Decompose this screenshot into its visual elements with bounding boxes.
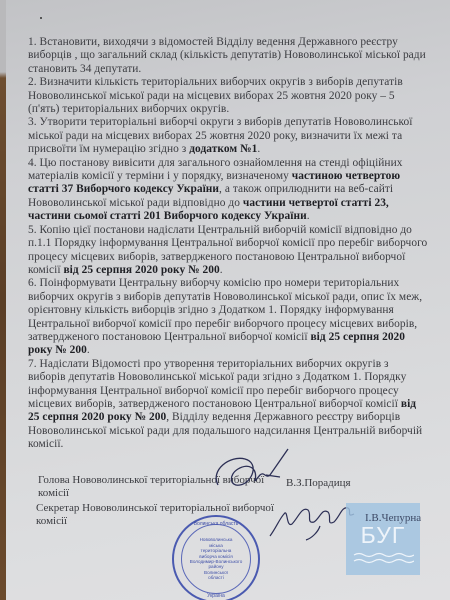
- resolution-body: 1. Встановити, виходячи з відомостей Від…: [28, 36, 428, 452]
- resolution-item-4: 4. Цю постанову вивісити для загального …: [28, 157, 428, 224]
- waves-icon: [352, 551, 414, 565]
- resolution-item-6: 6. Поінформувати Центральну виборчу комі…: [28, 277, 428, 357]
- bold-reference: додатком №1: [189, 143, 257, 155]
- paragraph-text: .: [307, 210, 310, 222]
- resolution-item-3: 3. Утворити територіальні виборчі округи…: [28, 116, 428, 156]
- paper-speck: [40, 17, 42, 19]
- secretary-name: І.В.Чепурна: [365, 512, 421, 524]
- official-stamp: Волинська область Нововолинська міська т…: [172, 515, 260, 600]
- stamp-top-text: Волинська область: [174, 521, 258, 527]
- paragraph-text: 7. Надіслати Відомості про утворення тер…: [28, 358, 406, 410]
- resolution-item-2: 2. Визначити кількість територіальних ви…: [28, 76, 428, 116]
- paragraph-text: .: [87, 344, 90, 356]
- paragraph-text: .: [220, 264, 223, 276]
- resolution-item-5: 5. Копію цієї постанови надіслати Центра…: [28, 224, 428, 278]
- stamp-center: Нововолинська міська територіальна вибор…: [181, 524, 251, 594]
- resolution-item-1: 1. Встановити, виходячи з відомостей Від…: [28, 36, 428, 76]
- paragraph-text: .: [257, 143, 260, 155]
- bold-reference: від 25 серпня 2020 року № 200: [63, 264, 219, 276]
- resolution-item-7: 7. Надіслати Відомості про утворення тер…: [28, 358, 428, 452]
- stamp-line: області: [208, 575, 224, 580]
- logo-text: БУГ: [361, 523, 406, 547]
- stamp-bottom-text: Україна: [174, 593, 258, 599]
- paragraph-text: 1. Встановити, виходячи з відомостей Від…: [28, 36, 426, 75]
- paragraph-text: 2. Визначити кількість територіальних ви…: [28, 76, 403, 115]
